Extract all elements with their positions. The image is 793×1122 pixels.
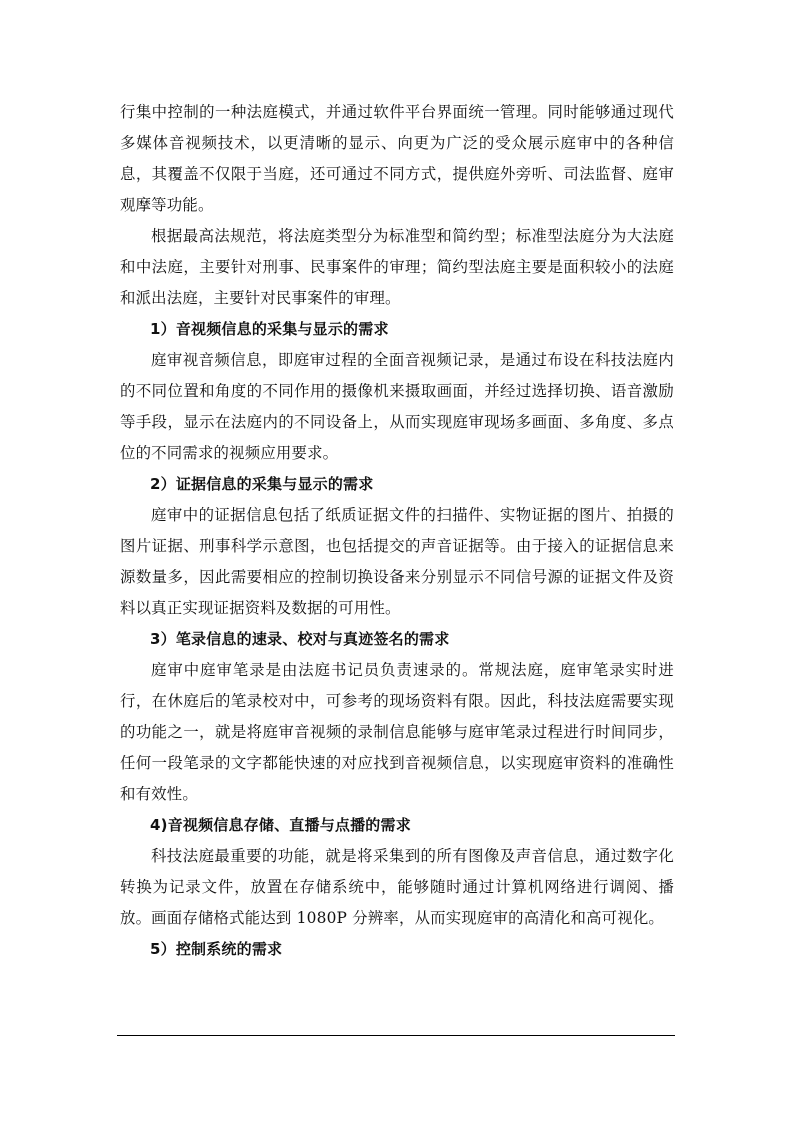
paragraph-av-capture-display: 庭审视音频信息，即庭审过程的全面音视频记录，是通过布设在科技法庭内的不同位置和角…: [120, 345, 674, 469]
heading-av-capture-display: 1）音视频信息的采集与显示的需求: [120, 314, 674, 345]
paragraph-court-types: 根据最高法规范，将法庭类型分为标准型和简约型；标准型法庭分为大法庭和中法庭，主要…: [120, 221, 674, 314]
footer-divider: [117, 1035, 675, 1036]
paragraph-transcript-signature: 庭审中庭审笔录是由法庭书记员负责速录的。常规法庭，庭审笔录实时进行，在休庭后的笔…: [120, 655, 674, 810]
heading-control-system: 5）控制系统的需求: [120, 934, 674, 965]
heading-av-storage-streaming: 4)音视频信息存储、直播与点播的需求: [120, 810, 674, 841]
paragraph-av-storage-streaming: 科技法庭最重要的功能，就是将采集到的所有图像及声音信息，通过数字化转换为记录文件…: [120, 841, 674, 934]
heading-transcript-signature: 3）笔录信息的速录、校对与真迹签名的需求: [120, 624, 674, 655]
heading-evidence-capture-display: 2）证据信息的采集与显示的需求: [120, 469, 674, 500]
paragraph-intro-continued: 行集中控制的一种法庭模式，并通过软件平台界面统一管理。同时能够通过现代多媒体音视…: [120, 97, 674, 221]
paragraph-evidence-capture-display: 庭审中的证据信息包括了纸质证据文件的扫描件、实物证据的图片、拍摄的图片证据、刑事…: [120, 500, 674, 624]
document-page: 行集中控制的一种法庭模式，并通过软件平台界面统一管理。同时能够通过现代多媒体音视…: [120, 97, 674, 965]
